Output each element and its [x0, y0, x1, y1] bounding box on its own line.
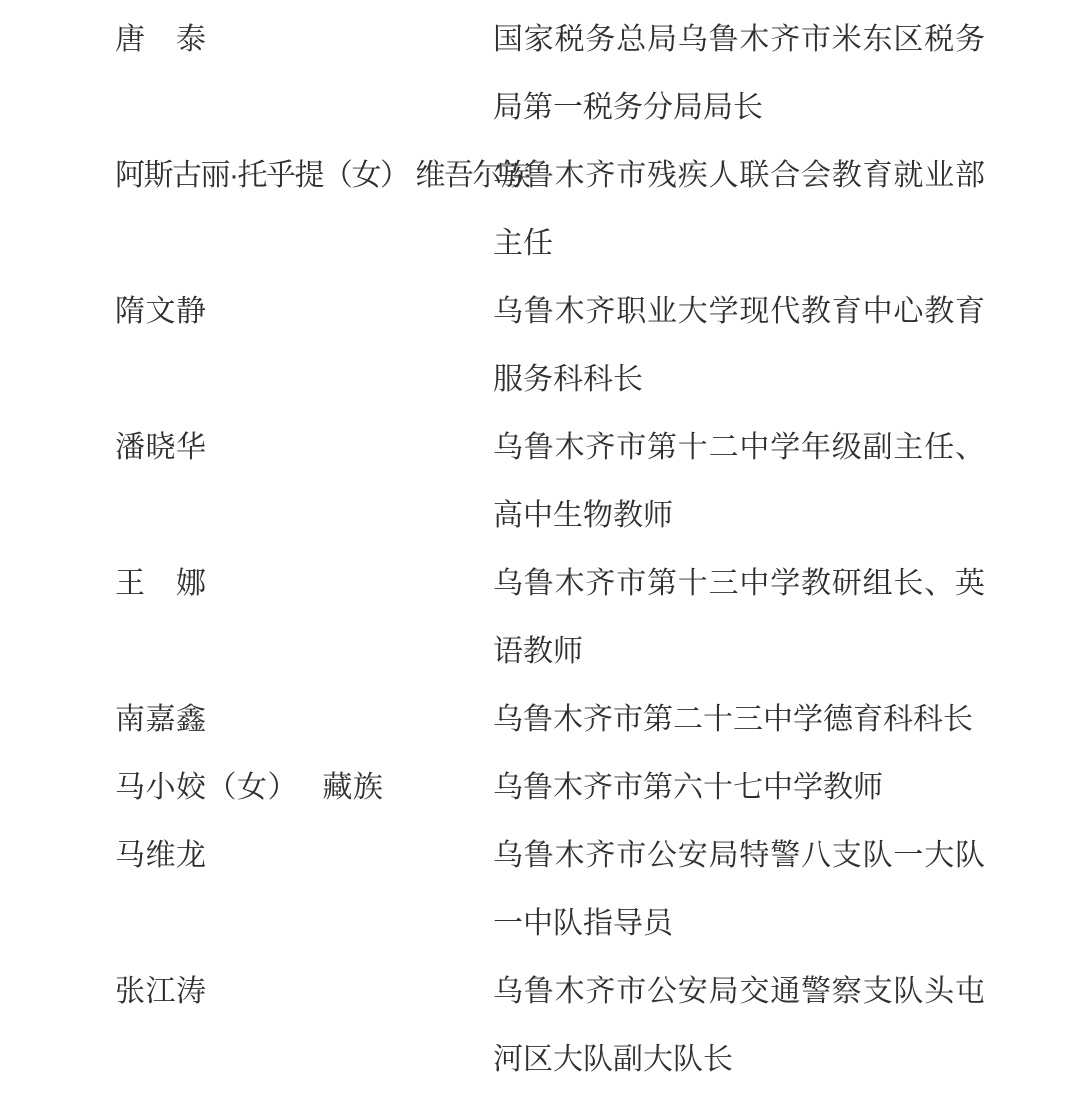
person-position: 乌鲁木齐职业大学现代教育中心教育服务科科长	[493, 278, 985, 414]
person-position: 乌鲁木齐市第六十七中学教师	[493, 754, 985, 822]
person-position: 乌鲁木齐市第二十三中学德育科科长	[493, 686, 985, 754]
table-row: 阿斯古丽·托乎提（女） 维吾尔族 乌鲁木齐市残疾人联合会教育就业部主任	[115, 142, 1080, 278]
table-row: 南嘉鑫 乌鲁木齐市第二十三中学德育科科长	[115, 686, 1080, 754]
person-name: 张江涛	[115, 958, 493, 1026]
person-position: 乌鲁木齐市第十三中学教研组长、英语教师	[493, 550, 985, 686]
person-position: 乌鲁木齐市公安局特警八支队一大队一中队指导员	[493, 822, 985, 958]
table-row: 隋文静 乌鲁木齐职业大学现代教育中心教育服务科科长	[115, 278, 1080, 414]
person-name: 隋文静	[115, 278, 493, 346]
table-row: 王 娜 乌鲁木齐市第十三中学教研组长、英语教师	[115, 550, 1080, 686]
table-row: 潘晓华 乌鲁木齐市第十二中学年级副主任、高中生物教师	[115, 414, 1080, 550]
table-row: 马维龙 乌鲁木齐市公安局特警八支队一大队一中队指导员	[115, 822, 1080, 958]
table-row: 马小姣（女） 藏族 乌鲁木齐市第六十七中学教师	[115, 754, 1080, 822]
person-position: 乌鲁木齐市公安局交通警察支队头屯河区大队副大队长	[493, 958, 985, 1094]
person-name: 马维龙	[115, 822, 493, 890]
person-name: 潘晓华	[115, 414, 493, 482]
person-position: 乌鲁木齐市残疾人联合会教育就业部主任	[493, 142, 985, 278]
person-name: 王 娜	[115, 550, 493, 618]
person-name: 阿斯古丽·托乎提（女） 维吾尔族	[115, 142, 493, 210]
table-row: 唐 泰 国家税务总局乌鲁木齐市米东区税务局第一税务分局局长	[115, 6, 1080, 142]
person-position: 乌鲁木齐市第十二中学年级副主任、高中生物教师	[493, 414, 985, 550]
person-name: 唐 泰	[115, 6, 493, 74]
roster-document: 唐 泰 国家税务总局乌鲁木齐市米东区税务局第一税务分局局长 阿斯古丽·托乎提（女…	[0, 0, 1080, 1094]
table-row: 张江涛 乌鲁木齐市公安局交通警察支队头屯河区大队副大队长	[115, 958, 1080, 1094]
person-name: 马小姣（女） 藏族	[115, 754, 493, 822]
person-position: 国家税务总局乌鲁木齐市米东区税务局第一税务分局局长	[493, 6, 985, 142]
person-name: 南嘉鑫	[115, 686, 493, 754]
